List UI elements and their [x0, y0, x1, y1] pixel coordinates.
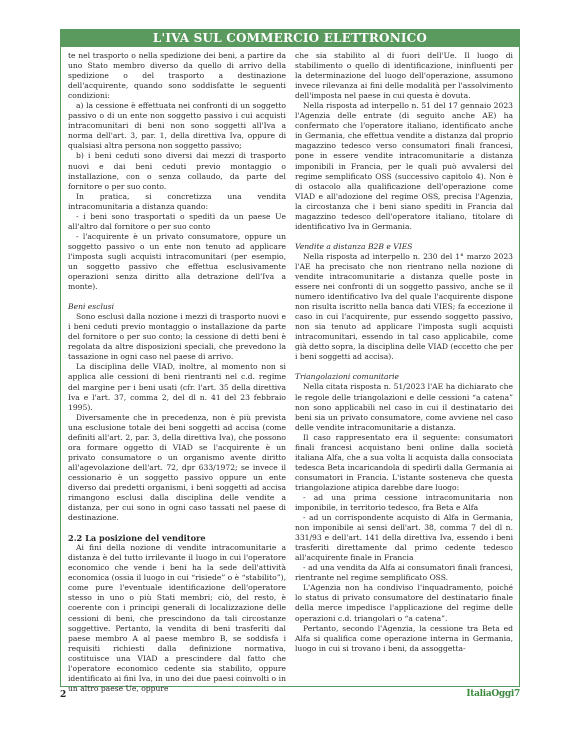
right-column: che sia stabilito al di fuori dell'Ue. I… — [295, 51, 513, 694]
paragraph: Diversamente che in precedenza, non è pi… — [68, 413, 286, 524]
page-title: L'IVA SUL COMMERCIO ELETTRONICO — [61, 30, 519, 47]
subheading-triangolazioni: Triangolazioni comunitarie — [295, 372, 513, 382]
paragraph: - l'acquirente è un privato consumatore,… — [68, 232, 286, 292]
paragraph: Nella risposta ad interpello n. 51 del 1… — [295, 101, 513, 232]
paragraph: Pertanto, secondo l'Agenzia, la cessione… — [295, 624, 513, 654]
paragraph: che sia stabilito al di fuori dell'Ue. I… — [295, 51, 513, 101]
paragraph: Nella risposta ad interpello n. 230 del … — [295, 252, 513, 363]
paragraph: b) i beni ceduti sono diversi dai mezzi … — [68, 151, 286, 191]
section-heading-posizione-venditore: 2.2 La posizione del venditore — [68, 533, 286, 543]
page-number: 2 — [60, 690, 66, 700]
paragraph: L'Agenzia non ha condiviso l'inquadramen… — [295, 583, 513, 623]
paragraph: - ad una vendita da Alfa ai consumatori … — [295, 563, 513, 583]
left-column: te nel trasporto o nella spedizione dei … — [68, 51, 286, 694]
publication-logo: ItaliaOggi7 — [466, 689, 520, 699]
paragraph: Il caso rappresentato era il seguente: c… — [295, 433, 513, 493]
paragraph: Sono esclusi dalla nozione i mezzi di tr… — [68, 312, 286, 362]
paragraph: Ai fini della nozione di vendite intraco… — [68, 543, 286, 694]
paragraph: te nel trasporto o nella spedizione dei … — [68, 51, 286, 101]
subheading-vendite-b2b-vies: Vendite a distanza B2B e VIES — [295, 242, 513, 252]
paragraph: a) la cessione è effettuata nei confront… — [68, 101, 286, 151]
paragraph: La disciplina delle VIAD, inoltre, al mo… — [68, 362, 286, 412]
article-box: L'IVA SUL COMMERCIO ELETTRONICO te nel t… — [60, 29, 520, 687]
paragraph: Nella citata risposta n. 51/2023 l'AE ha… — [295, 382, 513, 432]
subheading-beni-esclusi: Beni esclusi — [68, 302, 286, 312]
paragraph: - ad una prima cessione intracomunitaria… — [295, 493, 513, 513]
paragraph: - i beni sono trasportati o spediti da u… — [68, 212, 286, 232]
paragraph: - ad un corrispondente acquisto di Alfa … — [295, 513, 513, 563]
paragraph: In pratica, si concretizza una vendita i… — [68, 192, 286, 212]
article-columns: te nel trasporto o nella spedizione dei … — [61, 47, 519, 694]
